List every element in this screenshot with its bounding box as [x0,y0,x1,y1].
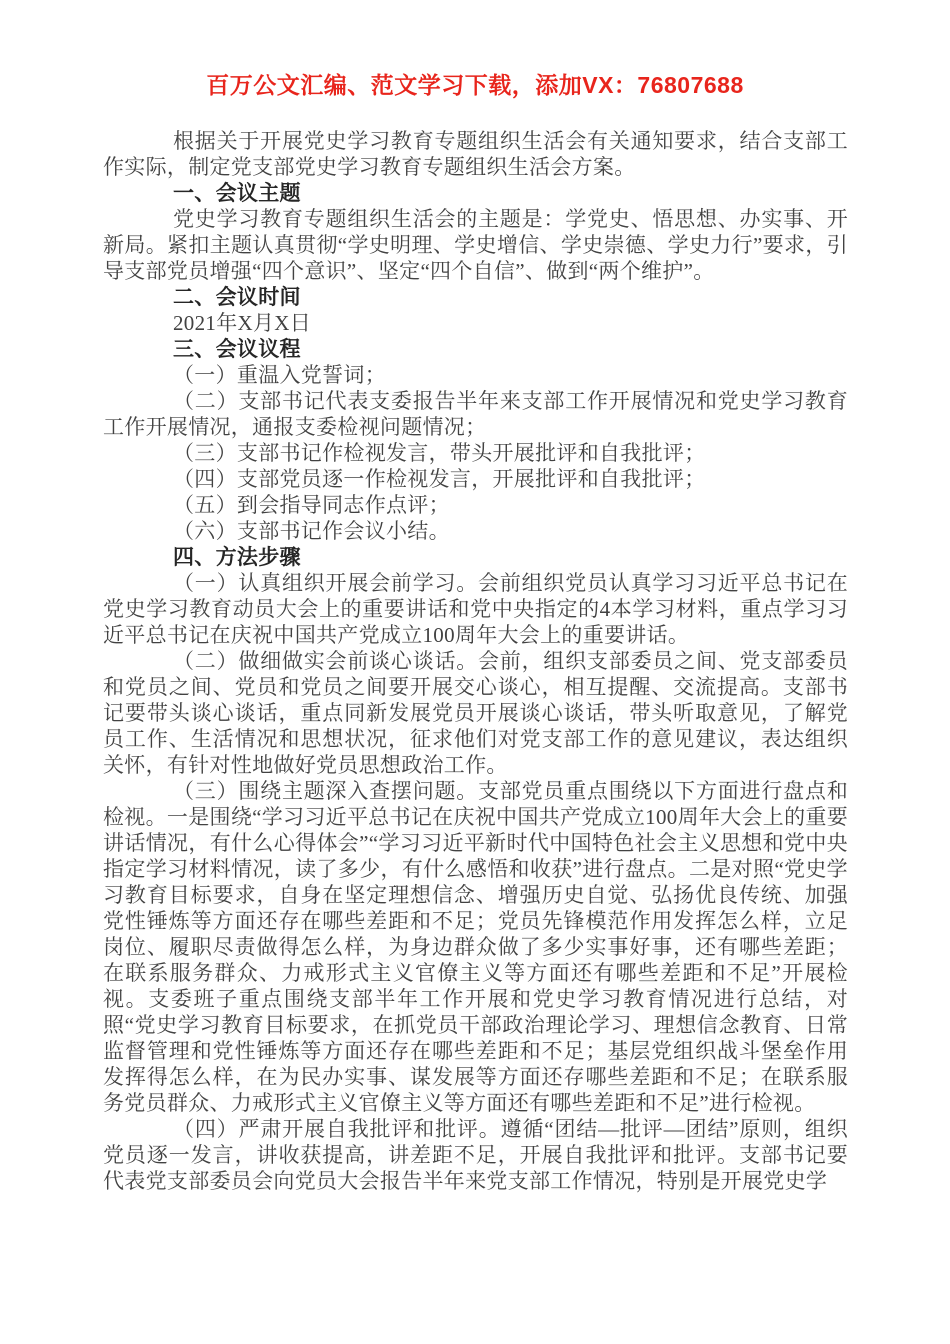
agenda-item-5: （五）到会指导同志作点评； [103,492,848,518]
heading-meeting-theme: 一、会议主题 [103,180,848,206]
paragraph-meeting-theme: 党史学习教育专题组织生活会的主题是：学党史、悟思想、办实事、开新局。紧扣主题认真… [103,206,848,284]
promo-banner-text: 百万公文汇编、范文学习下载，添加VX：76807688 [0,0,950,100]
document-page: 百万公文汇编、范文学习下载，添加VX：76807688 根据关于开展党史学习教育… [0,0,950,1344]
step-paragraph-1: （一）认真组织开展会前学习。会前组织党员认真学习习近平总书记在党史学习教育动员大… [103,570,848,648]
step-paragraph-2: （二）做细做实会前谈心谈话。会前，组织支部委员之间、党支部委员和党员之间、党员和… [103,648,848,778]
paragraph-meeting-time: 2021年X月X日 [103,310,848,336]
agenda-item-1: （一）重温入党誓词； [103,362,848,388]
document-body: 根据关于开展党史学习教育专题组织生活会有关通知要求，结合支部工作实际，制定党支部… [103,128,848,1194]
heading-meeting-agenda: 三、会议议程 [103,336,848,362]
step-paragraph-4: （四）严肃开展自我批评和批评。遵循“团结—批评—团结”原则，组织党员逐一发言，讲… [103,1116,848,1194]
step-paragraph-3: （三）围绕主题深入查摆问题。支部党员重点围绕以下方面进行盘点和检视。一是围绕“学… [103,778,848,1116]
agenda-item-4: （四）支部党员逐一作检视发言，开展批评和自我批评； [103,466,848,492]
agenda-item-3: （三）支部书记作检视发言，带头开展批评和自我批评； [103,440,848,466]
agenda-item-2: （二）支部书记代表支委报告半年来支部工作开展情况和党史学习教育工作开展情况，通报… [103,388,848,440]
intro-paragraph: 根据关于开展党史学习教育专题组织生活会有关通知要求，结合支部工作实际，制定党支部… [103,128,848,180]
heading-meeting-time: 二、会议时间 [103,284,848,310]
heading-method-steps: 四、方法步骤 [103,544,848,570]
agenda-item-6: （六）支部书记作会议小结。 [103,518,848,544]
